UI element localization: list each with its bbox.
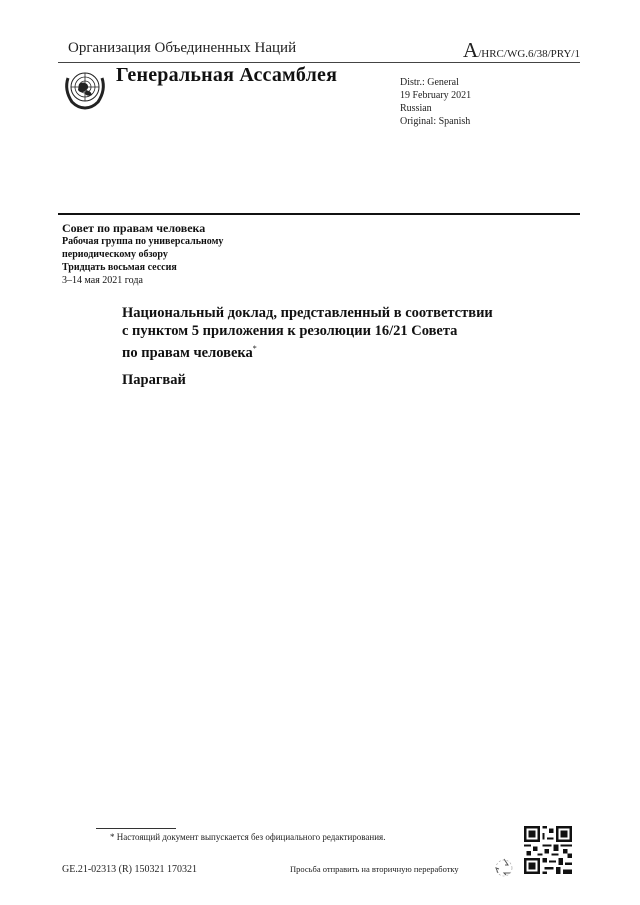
distribution-block: Distr.: General 19 February 2021 Russian… — [400, 76, 471, 128]
distr-language: Russian — [400, 102, 471, 115]
header-rule — [58, 62, 580, 63]
footnote-marker: * — [253, 344, 257, 353]
working-group-line1: Рабочая группа по универсальному — [62, 235, 223, 248]
council-name: Совет по правам человека — [62, 222, 223, 235]
un-emblem-icon — [62, 66, 108, 112]
footnote-rule — [96, 828, 176, 829]
distr-date: 19 February 2021 — [400, 89, 471, 102]
working-group-line2: периодическому обзору — [62, 248, 223, 261]
report-title-line1: Национальный доклад, представленный в со… — [122, 304, 542, 322]
report-title-line3: по правам человека — [122, 345, 253, 361]
report-title: Национальный доклад, представленный в со… — [122, 304, 542, 362]
document-code: GE.21-02313 (R) 150321 170321 — [62, 864, 197, 875]
organization-name: Организация Объединенных Наций — [68, 40, 296, 57]
body-title: Генеральная Ассамблея — [116, 64, 337, 87]
distr-original: Original: Spanish — [400, 115, 471, 128]
distr-label: Distr.: General — [400, 76, 471, 89]
section-rule — [58, 213, 580, 215]
session-name: Тридцать восьмая сессия — [62, 261, 223, 274]
document-symbol: A/HRC/WG.6/38/PRY/1 — [463, 38, 580, 63]
report-title-line2: с пунктом 5 приложения к резолюции 16/21… — [122, 322, 542, 340]
symbol-prefix: A — [463, 38, 478, 62]
recycle-text: Просьба отправить на вторичную переработ… — [290, 864, 459, 874]
session-block: Совет по правам человека Рабочая группа … — [62, 222, 223, 287]
recycle-icon — [493, 856, 515, 878]
country-name: Парагвай — [122, 372, 186, 389]
qr-code-icon — [524, 826, 572, 874]
session-dates: 3–14 мая 2021 года — [62, 274, 223, 287]
footnote-text: * Настоящий документ выпускается без офи… — [110, 832, 385, 842]
symbol-rest: /HRC/WG.6/38/PRY/1 — [478, 48, 580, 60]
